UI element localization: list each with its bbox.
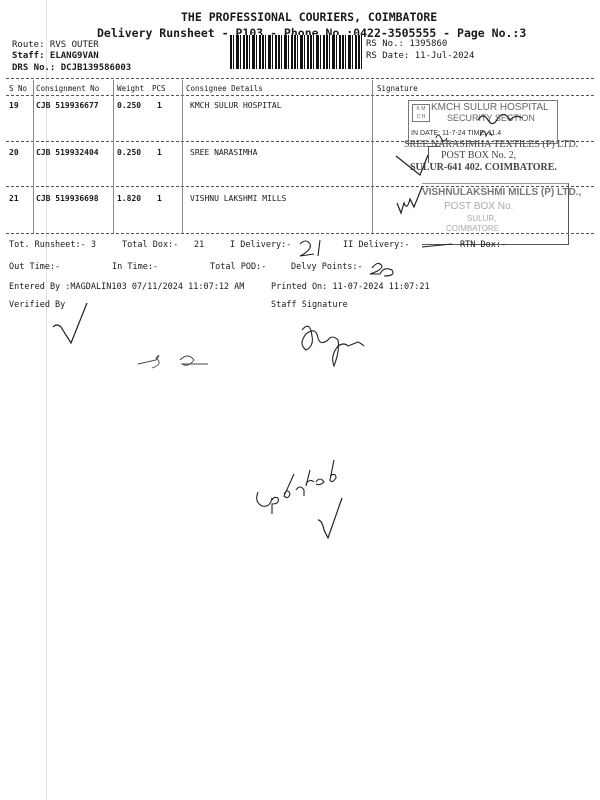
in-time-label: In Time:- bbox=[112, 262, 158, 272]
handwritten-marks bbox=[0, 0, 600, 800]
i-delivery-label: I Delivery:- bbox=[230, 240, 291, 250]
ii-delivery-label: II Delivery:- bbox=[343, 240, 410, 250]
rtn-dox-label: RTN Dox:- bbox=[460, 240, 506, 250]
printed-on: Printed On: 11-07-2024 11:07:21 bbox=[271, 282, 430, 292]
delvy-points-label: Delvy Points:- bbox=[291, 262, 363, 272]
verified-by-label: Verified By bbox=[9, 300, 65, 310]
entered-by: Entered By :MAGDALIN103 07/11/2024 11:07… bbox=[9, 282, 244, 292]
total-dox-value: 21 bbox=[194, 240, 204, 250]
total-dox-label: Total Dox:- bbox=[122, 240, 178, 250]
out-time-label: Out Time:- bbox=[9, 262, 60, 272]
staff-signature-label: Staff Signature bbox=[271, 300, 348, 310]
tot-runsheet: Tot. Runsheet:- 3 bbox=[9, 240, 96, 250]
total-pod-label: Total POD:- bbox=[210, 262, 266, 272]
